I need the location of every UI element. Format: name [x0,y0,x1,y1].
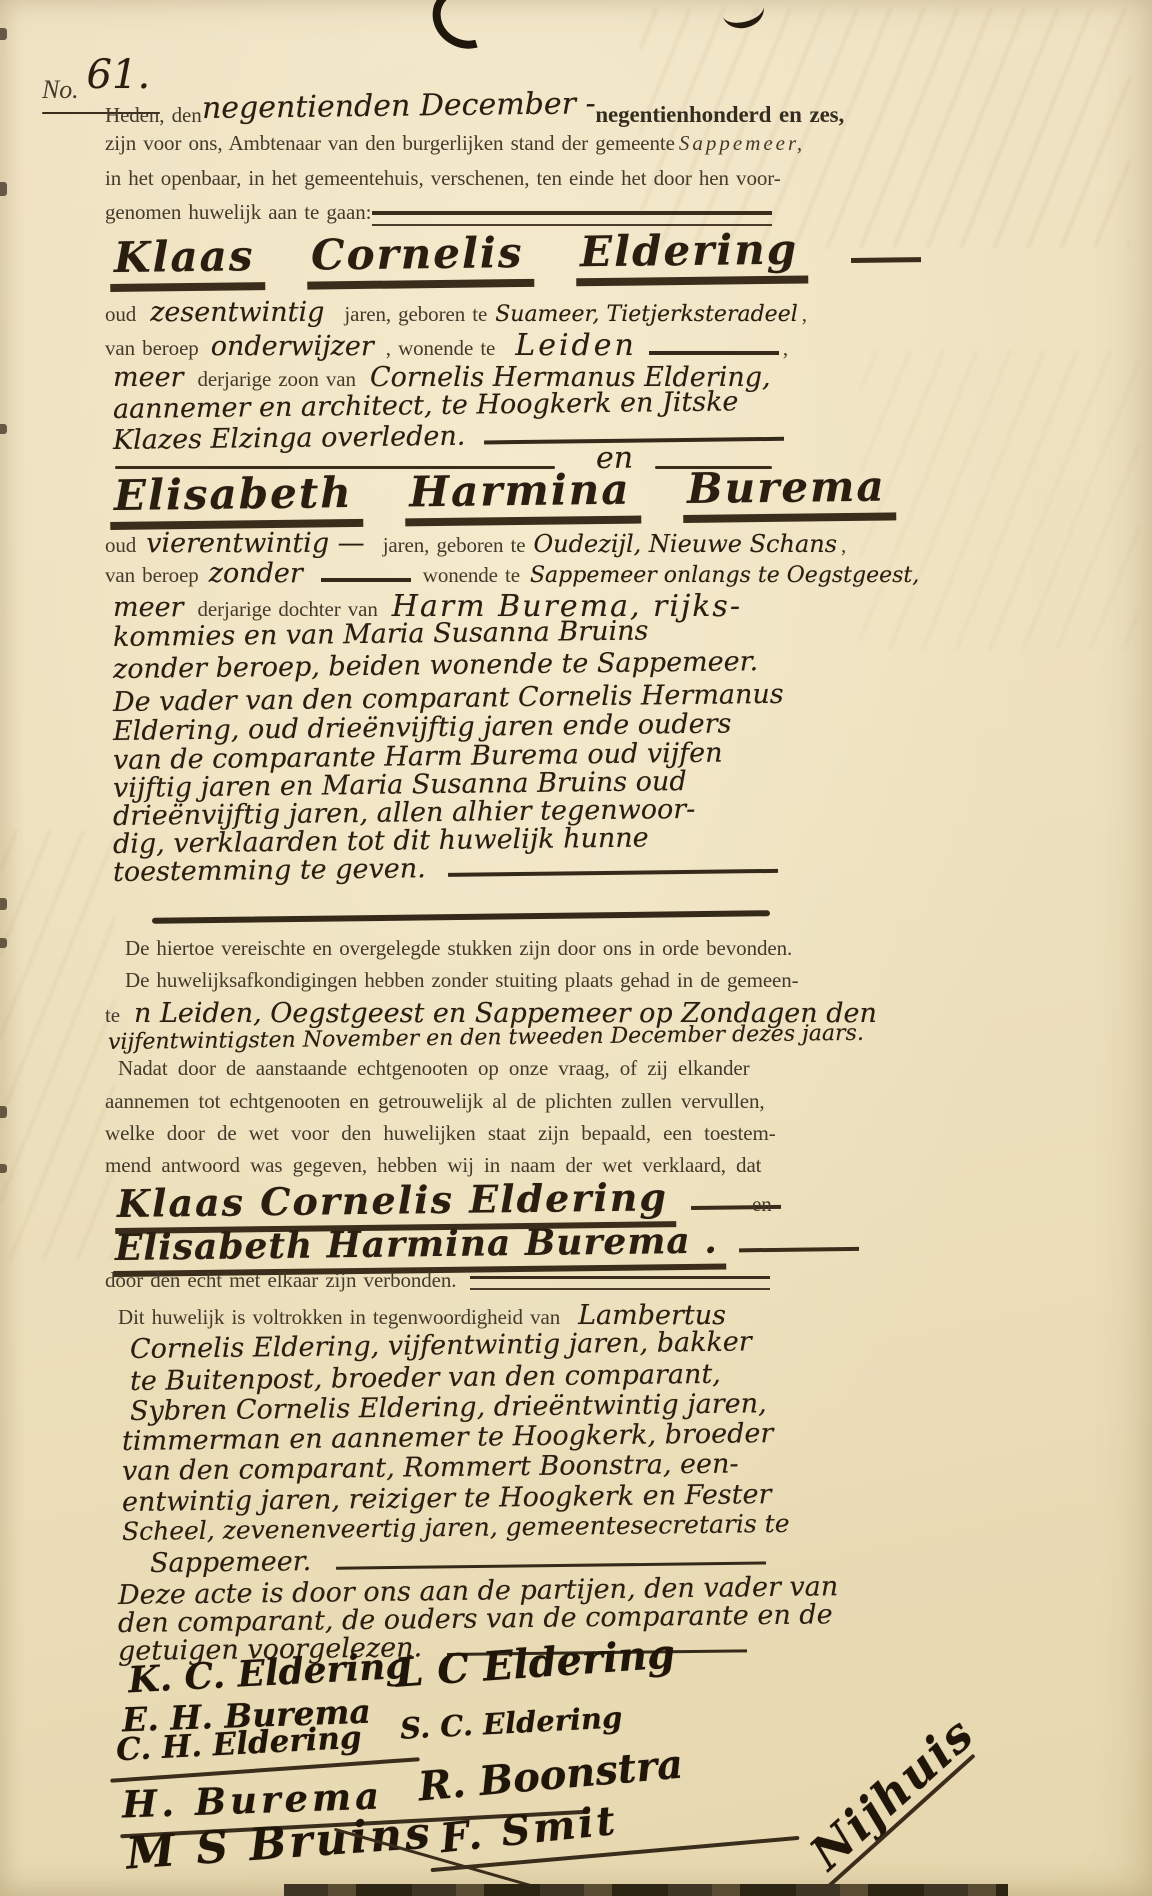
signature-text: R. Boonstra [416,1741,684,1811]
printed-text: aannemen tot echtgenooten en getrouwelij… [105,1089,765,1113]
signature-official: Nijhuis [800,1706,985,1880]
printed-text: welke door de wet voor den huwelijken st… [105,1121,776,1145]
intro-printed: genomen huwelijk aan te gaan: [105,200,371,224]
groom-occupation-line: van beroep onderwijzer , wonende te Leid… [105,329,788,364]
middle-line-2: De huwelijksafkondigingen hebben zonder … [125,968,799,992]
handwritten-meer: meer [113,592,183,623]
signature-witness-2: S. C. Eldering [399,1700,623,1746]
rule-after-intro [372,211,772,226]
gemeente-name: Sappemeer, [679,131,805,155]
comma: , [802,302,807,326]
label-beroep: van beroep [105,563,199,587]
ink-rule [336,1545,766,1569]
bride-age-line: oud vierentwintig — jaren, geboren te Ou… [105,528,846,559]
bride-occupation-line: van beroep zonder wonende te Sappemeer o… [105,558,919,589]
label-jaren-geboren: jaren, geboren te [383,533,526,557]
ink-fragment-top-center [421,0,510,60]
groom-residence-handwritten: Leiden [515,328,637,363]
groom-first-name: Klaas [110,232,265,292]
bride-name-line: Elisabeth Harmina Burema [110,462,922,530]
intro-line-2: zijn voor ons, Ambtenaar van den burgerl… [105,131,805,155]
printed-text: en [752,1192,772,1216]
printed-text: Nadat door de aanstaande echtgenooten op… [118,1056,750,1080]
label-wonende: , wonende te [386,336,496,360]
groom-last-name: Eldering [576,225,809,286]
handwritten-text: Klazes Elzinga overleden. [113,421,466,456]
groom-occupation-handwritten: onderwijzer [211,331,374,362]
bride-parents-line-2: kommies en van Maria Susanna Bruins [113,615,649,653]
signature-text: S. C. Eldering [399,1700,623,1746]
intro-line-3: in het openbaar, in het gemeentehuis, ve… [105,166,781,190]
groom-middle-name: Cornelis [307,229,534,290]
bride-age-handwritten: vierentwintig — [146,528,364,559]
edge-mark [0,938,7,948]
comma: , [841,533,846,557]
bride-occupation-handwritten: zonder [209,558,303,589]
label-oud: oud [105,302,136,326]
handwritten-text: toestemming te geven. [113,853,426,888]
signature-witness-3: R. Boonstra [416,1741,684,1811]
middle-line-7: welke door de wet voor den huwelijken st… [105,1121,776,1145]
intro-printed: Heden, den [105,103,202,127]
verbonden-line: door den echt met elkaar zijn verbonden. [105,1268,456,1292]
ink-rule [739,1217,859,1252]
label-jaren-geboren: jaren, geboren te [344,302,487,326]
ink-rule [484,421,784,445]
label-beroep: van beroep [105,336,199,360]
intro-line-4: genomen huwelijk aan te gaan: [105,200,371,224]
label-wonende: wonende te [423,563,520,587]
document-page: No. 61. Heden, den negentienden December… [0,0,1152,1896]
year-printed: negentienhonderd en zes, [595,102,844,128]
intro-line-1: Heden, den negentienden December - negen… [105,96,772,131]
label-dochter-van: derjarige dochter van [197,597,377,621]
bride-first-name: Elisabeth [110,469,364,530]
handwritten-meer: meer [113,362,183,393]
act-number-value: 61. [87,52,151,98]
groom-age-line: oud zesentwintig jaren, geboren te Suame… [105,297,807,328]
signature-text: Nijhuis [800,1706,985,1880]
intro-printed: in het openbaar, in het gemeentehuis, ve… [105,166,781,190]
edge-mark [0,1164,7,1173]
scan-edge-strip [284,1884,1008,1896]
ink-rule [321,562,411,582]
ink-rule [850,227,920,263]
label-oud: oud [105,533,136,557]
bride-last-name: Burema [683,462,896,523]
edge-mark [0,28,7,40]
label-zoon-van: derjarige zoon van [197,367,355,391]
groom-name-line: Klaas Cornelis Eldering [110,224,922,292]
ink-rule [649,335,779,355]
witness-intro-line: Dit huwelijk is voltrokken in tegenwoord… [118,1300,726,1331]
printed-te: te [105,1003,120,1027]
date-handwritten: negentienden December - [201,87,595,126]
intro-printed: zijn voor ons, Ambtenaar van den burgerl… [105,131,675,155]
edge-mark [0,898,7,910]
comma: , [783,336,788,360]
bride-birthplace-handwritten: Oudezijl, Nieuwe Schans [534,530,838,558]
handwritten-text: Sappemeer. [150,1546,312,1579]
rule-after-verbonden [470,1276,770,1290]
edge-mark [0,1106,7,1118]
groom-birthplace-handwritten: Suameer, Tietjerksteradeel [495,302,798,327]
groom-age-handwritten: zesentwintig [150,297,324,328]
handwritten-text: zonder beroep, beiden wonende te Sappeme… [113,646,759,685]
middle-line-6: aannemen tot echtgenooten en getrouwelij… [105,1089,765,1113]
edge-mark [0,182,7,196]
act-number-label: No. [42,75,79,104]
printed-text: Dit huwelijk is voltrokken in tegenwoord… [118,1305,560,1329]
handwritten-text: kommies en van Maria Susanna Bruins [113,615,649,653]
middle-line-5: Nadat door de aanstaande echtgenooten op… [118,1056,750,1080]
signature-witness-4: F. Smit [438,1797,620,1862]
edge-mark [0,424,7,434]
signature-text: F. Smit [438,1797,620,1862]
middle-line-1: De hiertoe vereischte en overgelegde stu… [125,936,792,960]
printed-text: De hiertoe vereischte en overgelegde stu… [125,936,792,960]
printed-en: en [752,1192,772,1216]
bleedthrough-texture-left [0,830,115,1260]
bride-parents-line-3: zonder beroep, beiden wonende te Sappeme… [113,646,759,685]
bride-middle-name: Harmina [405,466,641,527]
ink-rule [448,853,778,877]
printed-text: De huwelijksafkondigingen hebben zonder … [125,968,799,992]
bride-residence-handwritten: Sappemeer onlangs te Oegstgeest, [530,563,919,588]
section-rule [152,910,770,924]
printed-text: door den echt met elkaar zijn verbonden. [105,1268,456,1292]
